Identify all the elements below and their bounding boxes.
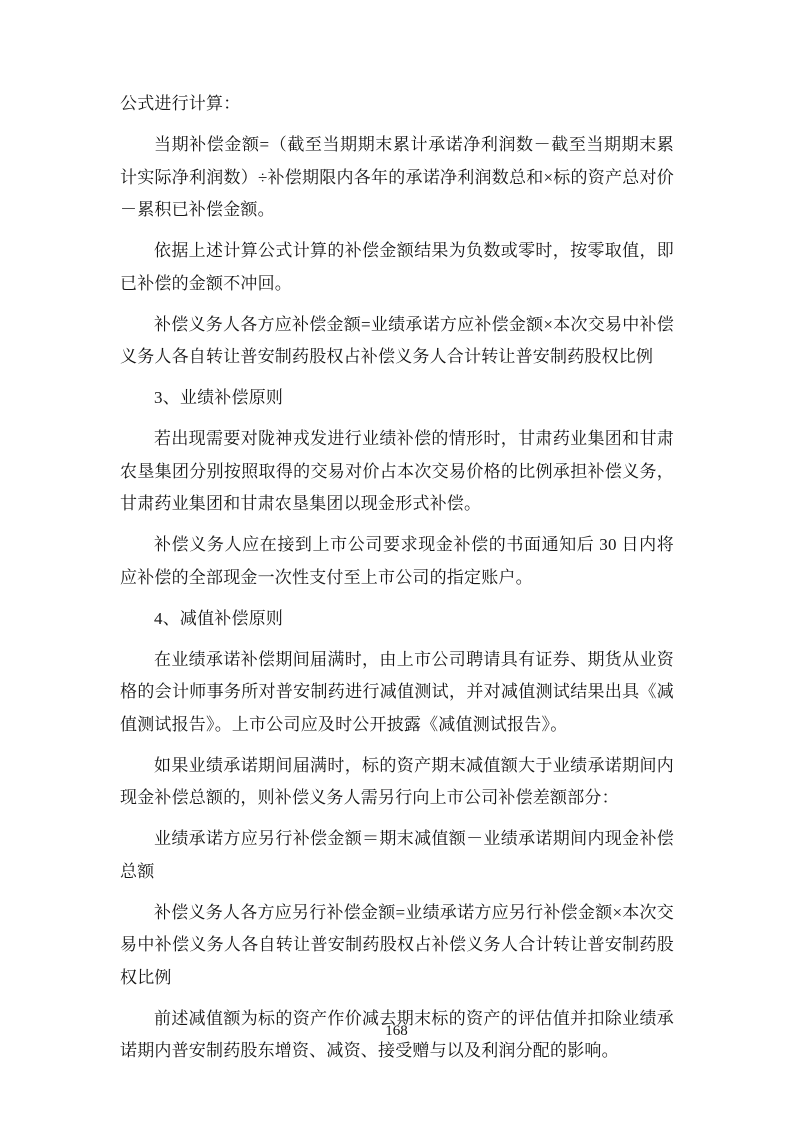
paragraph-additional-compensation-formula: 业绩承诺方应另行补偿金额＝期末减值额－业绩承诺期间内现金补偿总额 — [120, 823, 674, 888]
section-heading-3-performance-compensation: 3、业绩补偿原则 — [120, 382, 674, 415]
paragraph-continuation: 公式进行计算： — [120, 88, 674, 121]
paragraph-impairment-difference: 如果业绩承诺期间届满时，标的资产期末减值额大于业绩承诺期间内现金补偿总额的，则补… — [120, 750, 674, 815]
paragraph-obligor-additional-share-formula: 补偿义务人各方应另行补偿金额=业绩承诺方应另行补偿金额×本次交易中补偿义务人各自… — [120, 897, 674, 995]
paragraph-zero-value-rule: 依据上述计算公式计算的补偿金额结果为负数或零时，按零取值，即已补偿的金额不冲回。 — [120, 235, 674, 300]
paragraph-formula-current-compensation: 当期补偿金额=（截至当期期末累计承诺净利润数－截至当期期末累计实际净利润数）÷补… — [120, 129, 674, 227]
paragraph-cash-payment-30-days: 补偿义务人应在接到上市公司要求现金补偿的书面通知后 30 日内将应补偿的全部现金… — [120, 529, 674, 594]
paragraph-obligor-share-formula: 补偿义务人各方应补偿金额=业绩承诺方应补偿金额×本次交易中补偿义务人各自转让普安… — [120, 309, 674, 374]
document-page: 公式进行计算： 当期补偿金额=（截至当期期末累计承诺净利润数－截至当期期末累计实… — [0, 0, 793, 1122]
document-body: 公式进行计算： 当期补偿金额=（截至当期期末累计承诺净利润数－截至当期期末累计实… — [120, 88, 674, 1076]
page-number: 168 — [0, 1022, 793, 1040]
paragraph-performance-compensation-detail: 若出现需要对陇神戎发进行业绩补偿的情形时，甘肃药业集团和甘肃农垦集团分别按照取得… — [120, 423, 674, 521]
paragraph-impairment-test: 在业绩承诺补偿期间届满时，由上市公司聘请具有证券、期货从业资格的会计师事务所对普… — [120, 644, 674, 742]
section-heading-4-impairment-compensation: 4、减值补偿原则 — [120, 603, 674, 636]
